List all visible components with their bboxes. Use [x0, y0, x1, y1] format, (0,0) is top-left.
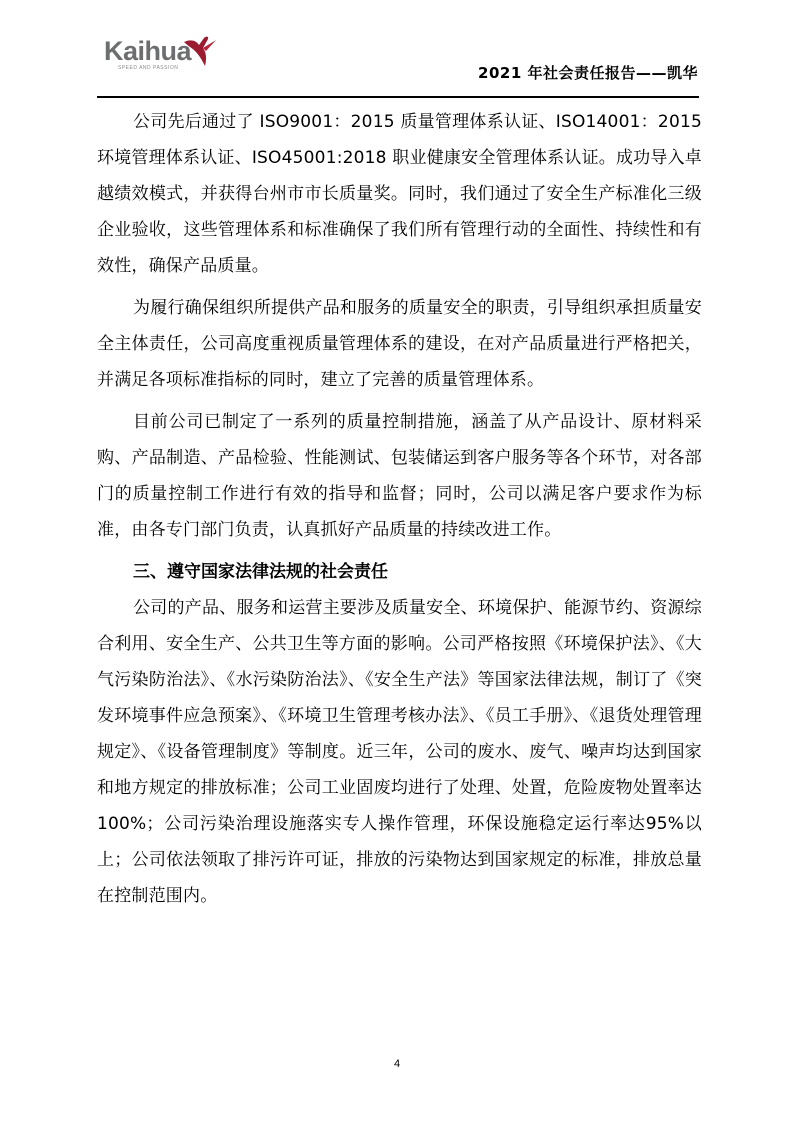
- report-header-title: 2021 年社会责任报告——凯华: [478, 62, 698, 83]
- document-body: 公司先后通过了 ISO9001：2015 质量管理体系认证、ISO14001：2…: [97, 104, 702, 914]
- hummingbird-logo-icon: [182, 36, 218, 68]
- page-number: 4: [0, 1058, 794, 1070]
- paragraph-legal-compliance: 公司的产品、服务和运营主要涉及质量安全、环境保护、能源节约、资源综合利用、安全生…: [97, 590, 702, 914]
- logo-brand-text: Kaihua: [104, 36, 191, 66]
- company-logo: Kaihua SPEED AND PASSION: [104, 36, 224, 78]
- paragraph-quality-responsibility: 为履行确保组织所提供产品和服务的质量安全的职责，引导组织承担质量安全主体责任，公…: [97, 290, 702, 398]
- header-divider: [97, 96, 699, 98]
- logo-tagline: SPEED AND PASSION: [118, 65, 178, 71]
- paragraph-quality-control: 目前公司已制定了一系列的质量控制措施，涵盖了从产品设计、原材料采购、产品制造、产…: [97, 404, 702, 548]
- section-heading: 三、遵守国家法律法规的社会责任: [97, 554, 702, 590]
- paragraph-certifications: 公司先后通过了 ISO9001：2015 质量管理体系认证、ISO14001：2…: [97, 104, 702, 284]
